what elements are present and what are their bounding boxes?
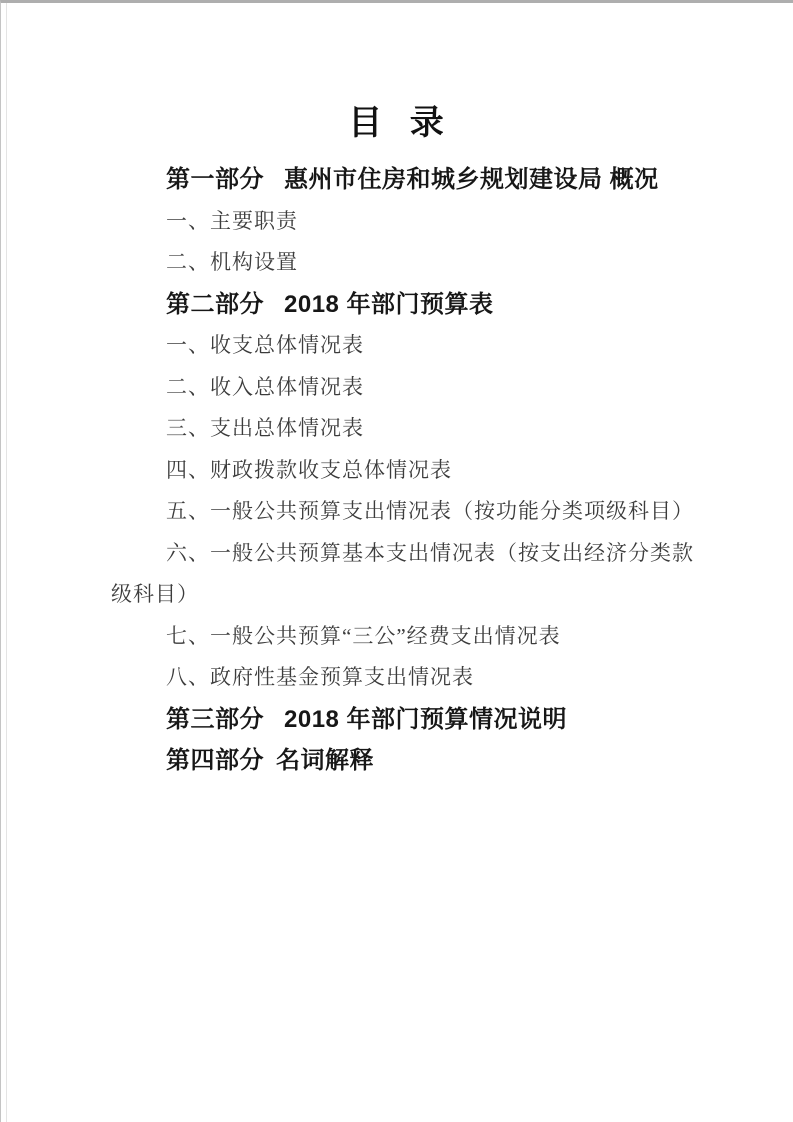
- toc-item: 八、政府性基金预算支出情况表: [111, 657, 703, 699]
- toc-item: 三、支出总体情况表: [111, 408, 703, 450]
- part-label: 第四部分: [166, 747, 264, 774]
- part-title: 惠州市住房和城乡规划建设局 概况: [284, 166, 659, 193]
- part-title: 2018 年部门预算表: [284, 291, 494, 318]
- toc-item: 二、收入总体情况表: [111, 367, 703, 409]
- toc-item: 一、收支总体情况表: [111, 325, 703, 367]
- toc-item: 二、机构设置: [111, 242, 703, 284]
- toc-part3-heading: 第三部分2018 年部门预算情况说明: [111, 699, 703, 741]
- toc-item: 六、一般公共预算基本支出情况表（按支出经济分类款: [111, 533, 703, 575]
- toc-item: 七、一般公共预算“三公”经费支出情况表: [111, 616, 703, 658]
- table-of-contents: 第一部分惠州市住房和城乡规划建设局 概况 一、主要职责 二、机构设置 第二部分2…: [111, 159, 703, 782]
- part-label: 第二部分: [166, 291, 264, 318]
- part-label: 第三部分: [166, 706, 264, 733]
- part-title: 2018 年部门预算情况说明: [284, 706, 567, 733]
- part-label: 第一部分: [166, 166, 264, 193]
- toc-item-continuation: 级科目）: [111, 574, 703, 616]
- part-title: 名词解释: [276, 747, 374, 774]
- toc-item: 五、一般公共预算支出情况表（按功能分类项级科目）: [111, 491, 703, 533]
- toc-part4-heading: 第四部分名词解释: [111, 740, 703, 782]
- toc-item: 四、财政拨款收支总体情况表: [111, 450, 703, 492]
- toc-part1-heading: 第一部分惠州市住房和城乡规划建设局 概况: [111, 159, 703, 201]
- page-title: 目 录: [1, 99, 793, 147]
- toc-item: 一、主要职责: [111, 201, 703, 243]
- document-page: 目 录 第一部分惠州市住房和城乡规划建设局 概况 一、主要职责 二、机构设置 第…: [0, 0, 793, 1122]
- toc-part2-heading: 第二部分2018 年部门预算表: [111, 284, 703, 326]
- scan-edge-artifact: [6, 3, 7, 1122]
